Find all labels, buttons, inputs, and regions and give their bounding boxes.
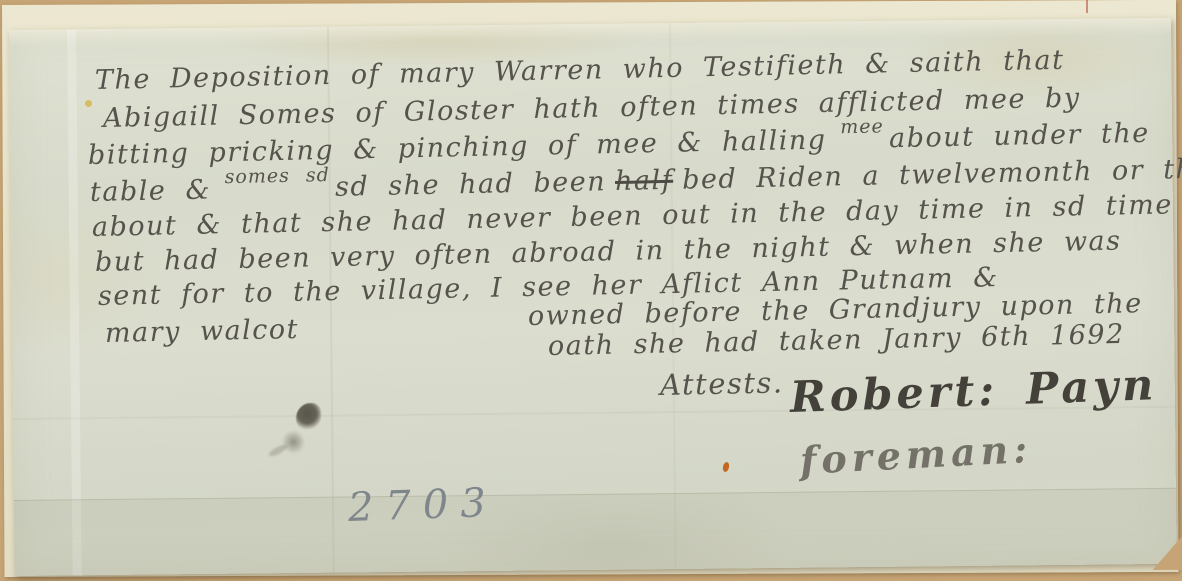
bottom-fold-band xyxy=(14,488,1177,577)
ink-smudge xyxy=(282,430,305,454)
line-4-text: sd she had been xyxy=(335,166,607,203)
manuscript-line-8-left: mary walcot xyxy=(105,314,300,349)
scanned-manuscript: The Deposition of mary Warren who Testif… xyxy=(0,0,1182,581)
red-edge-mark xyxy=(1086,0,1088,13)
attestation-label: Attests. xyxy=(660,365,784,402)
line-3-inserted-word: mee xyxy=(840,115,884,138)
vertical-crease xyxy=(67,29,82,575)
line-4-inserted-words: somes sd xyxy=(224,164,330,188)
corner-mat-showthrough xyxy=(1152,536,1182,570)
yellow-stain-speck xyxy=(85,100,92,107)
line-4-struck-word: half xyxy=(615,165,674,197)
line-4-text: table & xyxy=(90,174,212,208)
line-3-text: about under the xyxy=(889,118,1150,154)
catalog-number: 2703 xyxy=(347,480,498,531)
